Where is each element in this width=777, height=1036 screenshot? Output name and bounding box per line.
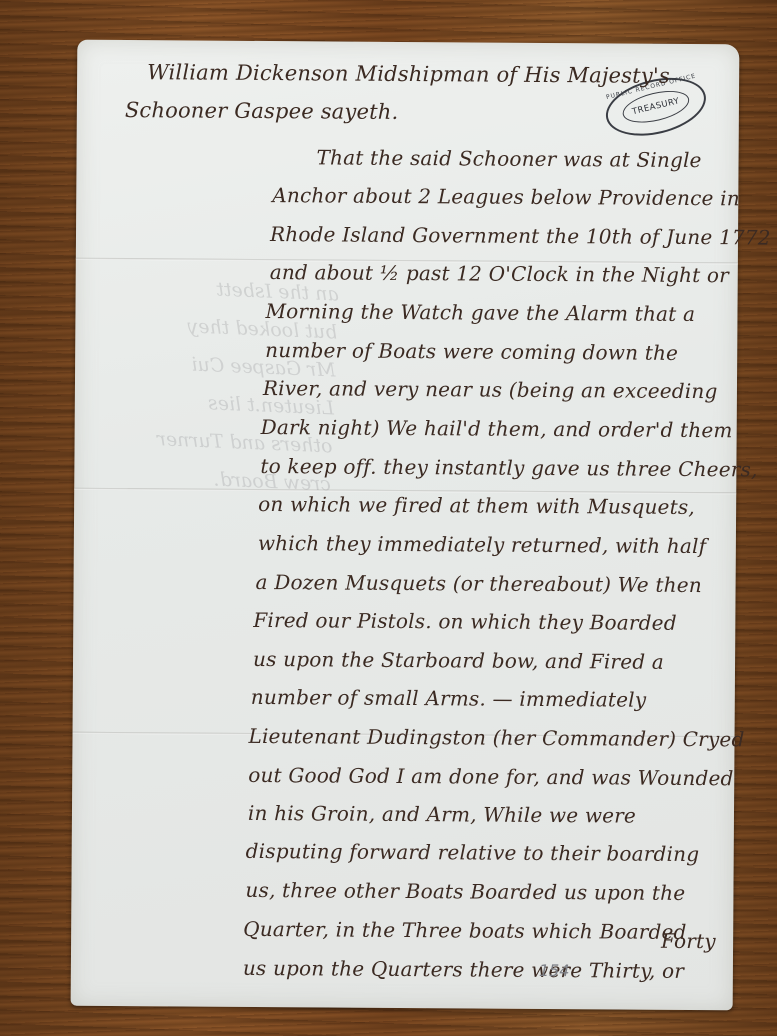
- body-line: disputing forward relative to their boar…: [246, 839, 700, 866]
- body-line: a Dozen Musquets (or thereabout) We then: [256, 570, 702, 597]
- body-line: us upon the Starboard bow, and Fired a: [253, 647, 664, 674]
- body-line: Dark night) We hail'd them, and order'd …: [261, 415, 733, 442]
- catchword: Forty: [661, 929, 716, 953]
- body-line: to keep off. they instantly gave us thre…: [260, 454, 757, 481]
- document-page: an the Isbett but looked they Mr Gaspee …: [71, 40, 740, 1011]
- body-line: which they immediately returned, with ha…: [258, 531, 707, 558]
- body-line: Lieutenant Dudingston (her Commander) Cr…: [248, 724, 744, 751]
- body-line: number of small Arms. — immediately: [251, 685, 647, 712]
- body-line: and about ½ past 12 O'Clock in the Night…: [270, 260, 729, 287]
- body-line: Rhode Island Government the 10th of June…: [270, 222, 771, 249]
- body-line: Anchor about 2 Leagues below Providence …: [272, 183, 740, 210]
- body-line: Fired our Pistols. on which they Boarded: [253, 608, 677, 635]
- body-line: us, three other Boats Boarded us upon th…: [245, 878, 685, 905]
- body-line: That the said Schooner was at Single: [316, 145, 701, 172]
- body-line: us upon the Quarters there were Thirty, …: [243, 956, 684, 983]
- body-line: River, and very near us (being an exceed…: [263, 376, 718, 403]
- body-line: in his Groin, and Arm, While we were: [248, 801, 636, 828]
- body-line: on which we fired at them with Musquets,: [258, 492, 695, 519]
- heading-line: William Dickenson Midshipman of His Maje…: [147, 60, 670, 88]
- page-number: 154: [539, 961, 570, 980]
- body-line: number of Boats were coming down the: [265, 338, 678, 365]
- heading-line: Schooner Gaspee sayeth.: [125, 98, 399, 124]
- body-line: out Good God I am done for, and was Woun…: [248, 763, 733, 790]
- body-line: Morning the Watch gave the Alarm that a: [265, 299, 695, 326]
- manuscript-text: William Dickenson Midshipman of His Maje…: [77, 40, 739, 45]
- body-line: Quarter, in the Three boats which Boarde…: [243, 917, 687, 944]
